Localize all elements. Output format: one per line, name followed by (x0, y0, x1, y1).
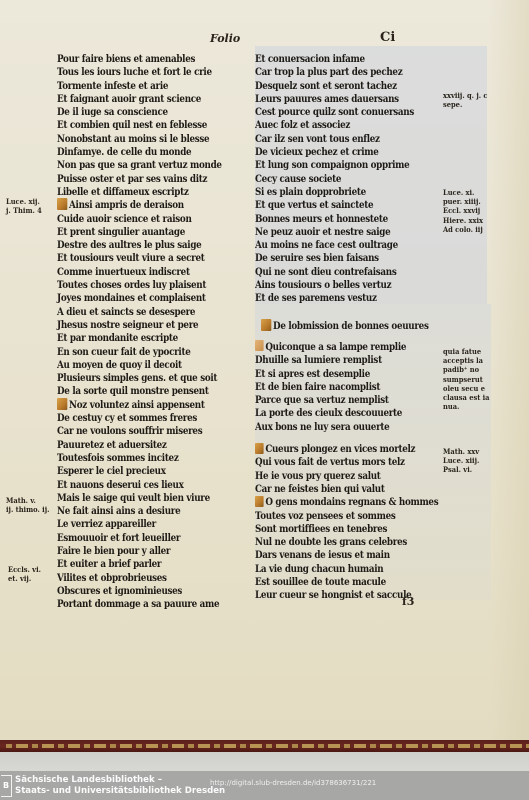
marginal-gloss-right: xxviij. q. j. c sepe. (443, 91, 487, 109)
gloss-line: Luce. xiij. (443, 456, 479, 465)
text-line: Esperer le ciel precieux (57, 465, 220, 478)
text-line: Jhesus nostre seigneur et pere (57, 319, 220, 332)
gloss-line: Eccls. vi. (8, 565, 41, 574)
running-head-folio: Folio (210, 32, 240, 45)
text-line: Et lung son compaignon opprime (255, 159, 418, 172)
text-line: A dieu et saincts se desespere (57, 306, 220, 319)
permalink-url[interactable]: http://digital.slub-dresden.de/id3786367… (210, 779, 376, 787)
text-line: Vilites et obprobrieuses (57, 572, 220, 585)
text-line: Qui ne sont dieu contrefaisans (255, 266, 418, 279)
text-line: Esmouuoir et fort leueiller (57, 532, 220, 545)
gilt-binding-edge (0, 740, 529, 752)
text-line: Nonobstant au moins si le blesse (57, 133, 220, 146)
text-line: Toutes choses ordes luy plaisent (57, 279, 220, 292)
manuscript-page: Folio Ci Pour faire biens et amenables T… (0, 0, 529, 740)
gloss-line: et. vij. (8, 574, 41, 583)
text-line: Dhuille sa lumiere remplist (255, 354, 418, 367)
text-line: Ne fait ainsi ains a desiure (57, 505, 220, 518)
text-line: Cuide auoir science et raison (57, 213, 220, 226)
text-line: De vicieux pechez et crime (255, 146, 418, 159)
text-line: Et par mondanite escripte (57, 332, 220, 345)
text-line: De cestuy cy et sommes freres (57, 412, 220, 425)
text-line: Ains tousiours o belles vertuz (255, 279, 418, 292)
marginal-gloss-left: Math. v. ij. thimo. ij. (6, 496, 49, 514)
section-heading-text: De lobmission de bonnes oeuures (273, 320, 429, 332)
illuminated-initial-icon (57, 198, 67, 210)
folio-number: Ci (380, 30, 395, 45)
signature-mark: f3 (402, 595, 414, 608)
text-line: Et de bien faire nacomplist (255, 381, 418, 394)
text-line: Joyes mondaines et complaisent (57, 292, 220, 305)
gloss-line: clausa est ia (443, 393, 490, 402)
gloss-line: acceptis la (443, 356, 490, 365)
text-line: Plusieurs simples gens. et que soit (57, 372, 220, 385)
gloss-line: sumpserut (443, 375, 490, 384)
text-line: Est souillee de toute macule (255, 576, 418, 589)
marginal-gloss-right: quia fatue acceptis la padib⁺ no sumpser… (443, 347, 490, 411)
text-line: En son cueur fait de ypocrite (57, 346, 220, 359)
text-line: Leur cueur se hongnist et saccule (255, 589, 418, 602)
gloss-line: Math. v. (6, 496, 49, 505)
text-line: Si es plain dopprobriete (255, 186, 418, 199)
text-line: Car ilz sen vont tous enflez (255, 133, 418, 146)
gloss-line: Ad colo. iij (443, 225, 483, 234)
text-line: Pauuretez et aduersitez (57, 439, 220, 452)
text-line: Puisse oster et par ses vains ditz (57, 173, 220, 186)
text-line: Mais le saige qui veult bien viure (57, 492, 220, 505)
blank-line (255, 434, 418, 443)
text-line-with-initial: Noz voluntez ainsi appensent (57, 399, 220, 412)
illuminated-initial-icon (261, 319, 271, 331)
text-line: Et euiter a brief parler (57, 558, 220, 571)
text-line: Destre des aultres le plus saige (57, 239, 220, 252)
gloss-line: sepe. (443, 100, 487, 109)
text-line: Au moins ne face cest oultrage (255, 239, 418, 252)
institution-name: Sächsische Landesbibliothek – Staats- un… (15, 775, 225, 797)
text-line: La porte des cieulx descouuerte (255, 407, 418, 420)
text-line: Et conuersacion infame (255, 53, 418, 66)
text-line: De il iuge sa conscience (57, 106, 220, 119)
text-line: Et de ses paremens vestuz (255, 292, 418, 305)
text-line: Cest pource quilz sont conuersans (255, 106, 418, 119)
text-line: Car trop la plus part des pechez (255, 66, 418, 79)
text-line: Non pas que sa grant vertuz monde (57, 159, 220, 172)
text-line: Comme inuertueux indiscret (57, 266, 220, 279)
illuminated-initial-icon (255, 443, 264, 454)
text-line: De la sorte quil monstre pensent (57, 385, 220, 398)
left-text-column: Pour faire biens et amenables Tous les i… (57, 53, 247, 611)
text-line-content: Noz voluntez ainsi appensent (69, 399, 205, 411)
page-underside (0, 752, 529, 772)
text-line: Aux bons ne luy sera ouuerte (255, 421, 418, 434)
section-heading: De lobmission de bonnes oeuures (261, 319, 419, 334)
illuminated-initial-icon (57, 398, 67, 410)
text-line: Au moyen de quoy il decoit (57, 359, 220, 372)
text-line: Cecy cause societe (255, 173, 418, 186)
text-line: Desquelz sont et seront tachez (255, 80, 418, 93)
text-line: Car ne voulons souffrir miseres (57, 425, 220, 438)
text-line: Le verriez appareiller (57, 518, 220, 531)
gloss-line: oleu secu e (443, 384, 490, 393)
gloss-line: ij. thimo. ij. (6, 505, 49, 514)
gloss-line: Psal. vi. (443, 465, 479, 474)
text-line: Et si apres est desemplie (255, 368, 418, 381)
blank-line (255, 334, 418, 341)
text-line: Bonnes meurs et honnestete (255, 213, 418, 226)
institution-line-1: Sächsische Landesbibliothek – (15, 775, 225, 786)
gloss-line: Hiere. xxix (443, 216, 483, 225)
text-line-content: O gens mondains regnans & hommes (265, 496, 438, 508)
text-line-with-initial: Ainsi ampris de deraison (57, 199, 220, 212)
illuminated-initial-icon (255, 340, 264, 351)
text-line: Nul ne doubte les grans celebres (255, 536, 418, 549)
gloss-line: Luce. xi. (443, 188, 483, 197)
text-line: La vie dung chacun humain (255, 563, 418, 576)
gloss-line: Eccl. xxvij (443, 206, 483, 215)
text-line: Libelle et diffameux escriptz (57, 186, 220, 199)
text-line-content: Quiconque a sa lampe remplie (265, 341, 406, 353)
text-line: Et faignant auoir grant science (57, 93, 220, 106)
gloss-line: quia fatue (443, 347, 490, 356)
text-line: Pour faire biens et amenables (57, 53, 220, 66)
text-line-content: Ainsi ampris de deraison (69, 199, 184, 211)
text-line-with-initial: Quiconque a sa lampe remplie (255, 341, 418, 354)
marginal-gloss-left: Eccls. vi. et. vij. (8, 565, 41, 583)
text-line: Et combien quil nest en feblesse (57, 119, 220, 132)
text-line: Auec folz et associez (255, 119, 418, 132)
text-line: Dars venans de iesus et main (255, 549, 418, 562)
text-line: Tormente infeste et arie (57, 80, 220, 93)
marginal-gloss-right: Math. xxv Luce. xiij. Psal. vi. (443, 447, 479, 475)
text-line: He ie vous pry querez salut (255, 470, 418, 483)
gloss-line: padib⁺ no (443, 365, 490, 374)
text-line: Sont mortiffiees en tenebres (255, 523, 418, 536)
text-line: Ne peuz auoir et nestre saige (255, 226, 418, 239)
text-line: Obscures et ignominieuses (57, 585, 220, 598)
gloss-line: puer. xiiij. (443, 197, 483, 206)
text-line: Toutes voz pensees et sommes (255, 510, 418, 523)
text-line: Qui vous fait de vertus mors telz (255, 456, 418, 469)
text-line: Et que vertus et sainctete (255, 199, 418, 212)
right-text-column: Et conuersacion infame Car trop la plus … (255, 53, 445, 603)
blank-line (255, 306, 418, 319)
gloss-line: Math. xxv (443, 447, 479, 456)
text-line: De seruire ses bien faisans (255, 252, 418, 265)
text-line: Dinfamye. de celle du monde (57, 146, 220, 159)
text-line: Toutesfois sommes incitez (57, 452, 220, 465)
marginal-gloss-right: Luce. xi. puer. xiiij. Eccl. xxvij Hiere… (443, 188, 483, 234)
text-line: Leurs pauures ames dauersans (255, 93, 418, 106)
illuminated-initial-icon (255, 496, 264, 507)
institution-line-2: Staats- und Universitätsbibliothek Dresd… (15, 786, 225, 797)
text-line: Tous les iours luche et fort le crie (57, 66, 220, 79)
text-line-with-initial: Cueurs plongez en vices mortelz (255, 443, 418, 456)
text-line: Parce que sa vertuz nemplist (255, 394, 418, 407)
text-line: Et nauons deserui ces lieux (57, 479, 220, 492)
gloss-line: j. Thim. 4 (6, 206, 42, 215)
text-line-content: Cueurs plongez en vices mortelz (265, 443, 415, 455)
library-logo-icon: B (1, 775, 12, 797)
marginal-gloss-left: Luce. xij. j. Thim. 4 (6, 197, 42, 215)
text-line: Portant dommage a sa pauure ame (57, 598, 220, 611)
text-line: Et prent singulier auantage (57, 226, 220, 239)
gloss-line: nua. (443, 402, 490, 411)
text-line-with-initial: O gens mondains regnans & hommes (255, 496, 418, 509)
text-line: Faire le bien pour y aller (57, 545, 220, 558)
text-line: Et tousiours veult viure a secret (57, 252, 220, 265)
text-line: Car ne feistes bien qui valut (255, 483, 418, 496)
gloss-line: Luce. xij. (6, 197, 42, 206)
library-footer-bar: B Sächsische Landesbibliothek – Staats- … (0, 771, 529, 800)
gloss-line: xxviij. q. j. c (443, 91, 487, 100)
